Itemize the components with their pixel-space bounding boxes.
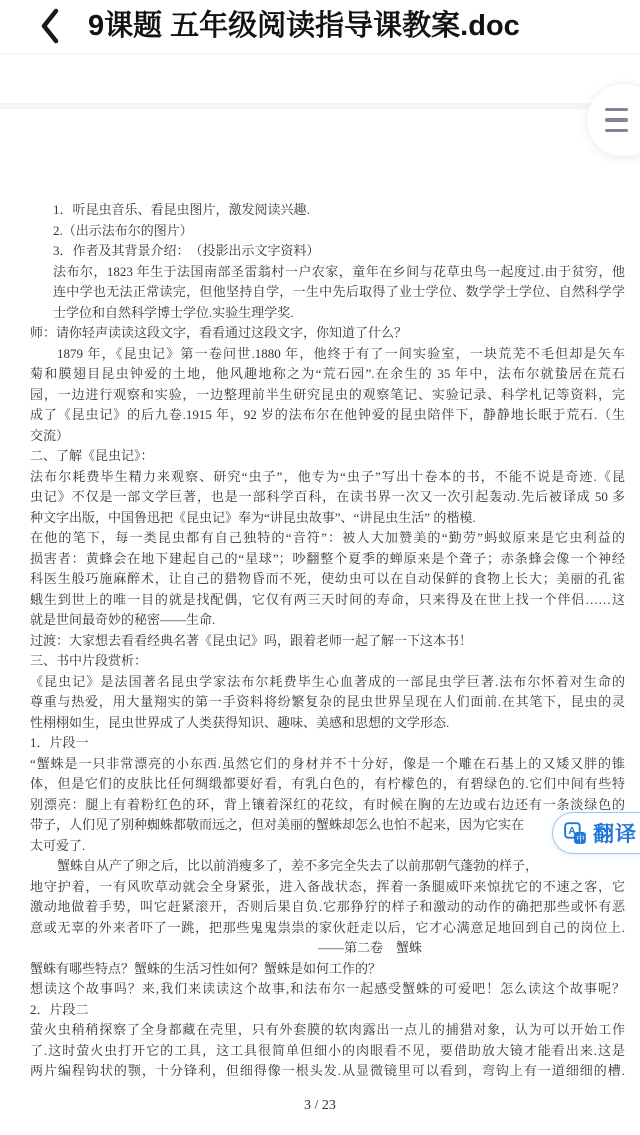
back-button[interactable] [30, 7, 70, 47]
document-line: 2.（出示法布尔的图片） [0, 221, 640, 242]
document-line: 1879 年，《昆虫记》第一卷问世.1880 年，他终于有了一间实验室，一块荒芜… [0, 344, 640, 365]
document-line: 萤火虫稍稍探察了全身都藏在壳里，只有外套膜的软肉露出一点儿的捕猎对象，认为可以开… [0, 1020, 640, 1041]
document-line: ——第二卷 蟹蛛 [0, 938, 640, 959]
document-line: 1．片段一 [0, 733, 640, 754]
page-indicator: 3 / 23 [0, 1098, 640, 1114]
document-line: 蟹蛛自从产了卵之后，比以前消瘦多了，差不多完全失去了以前那朝气蓬勃的样子， [0, 856, 640, 877]
document-line: 就是世间最奇妙的秘密——生命. [0, 610, 640, 631]
document-line: 法布尔耗费毕生精力来观察、研究“虫子”，他专为“虫子”写出十卷本的书，不能不说是… [0, 467, 640, 488]
document-line: 3．作者及其背景介绍： （投影出示文字资料） [0, 241, 640, 262]
hamburger-menu-icon [605, 118, 628, 121]
translate-button[interactable]: A 中 翻译 [552, 812, 640, 854]
svg-text:中: 中 [576, 832, 585, 843]
document-line: 虫记》不仅是一部文学巨著，也是一部科学百科，在读书界一次又一次引起轰动.先后被译… [0, 487, 640, 508]
document-line: 激动地做着手势，叫它赶紧滚开，否则后果自负.它那狰狞的样子和激动的动作的确把那些… [0, 897, 640, 918]
hamburger-menu-icon [605, 129, 628, 132]
document-line: 科医生般巧施麻醉术，让自己的猎物昏而不死，使幼虫可以在自动保鲜的食物上长大；美丽… [0, 569, 640, 590]
document-line: 菊和膜翅目昆虫钟爱的土地，他风趣地称之为“荒石园”.在余生的 35 年中，法布尔… [0, 364, 640, 385]
document-text-block: 1．听昆虫音乐、看昆虫图片，激发阅读兴趣.2.（出示法布尔的图片）3．作者及其背… [0, 200, 640, 1082]
document-line: 师：请你轻声读读这段文字，看看通过这段文字，你知道了什么？ [0, 323, 640, 344]
document-line: 成了《昆虫记》的后九卷.1915 年，92 岁的法布尔在他钟爱的昆虫陪伴下，静静… [0, 405, 640, 426]
hamburger-menu-icon [605, 108, 628, 111]
document-line: 蛾生到世上的唯一目的就是找配偶，它仅有两三天时间的寿命，只来得及在世上找一个伴侣… [0, 590, 640, 611]
document-line: 两片编程钩状的颚，十分锋利，但细得像一根头发.从显微镜里可以看到，弯钩上有一道细… [0, 1061, 640, 1082]
document-line: 交流） [0, 426, 640, 447]
document-line: 意或无辜的外来者吓了一跳，把那些鬼鬼祟祟的家伙赶走以后，它才心满意足地回到自己的… [0, 918, 640, 939]
document-line: 法布尔，1823 年生于法国南部圣雷翁村一户农家，童年在乡间与花草虫鸟一起度过.… [0, 262, 640, 283]
document-line: 士学位和自然科学博士学位.实验生理学奖. [0, 303, 640, 324]
document-title: 9课题 五年级阅读指导课教案.doc [88, 5, 628, 47]
title-bar: 9课题 五年级阅读指导课教案.doc [0, 0, 640, 54]
document-line: 别漂亮：腿上有着粉红色的环，背上镶着深红的花纹，有时候在胸的左边或右边还有一条淡… [0, 795, 640, 816]
document-line: “蟹蛛是一只非常漂亮的小东西.虽然它们的身材并不十分好，像是一个雕在石基上的又矮… [0, 754, 640, 775]
document-line: 三、书中片段赏析： [0, 651, 640, 672]
document-line: 体，但是它们的皮肤比任何绸缎都要好看，有乳白色的，有柠檬色的，有碧绿色的.它们中… [0, 774, 640, 795]
document-line: 种文字出版，中国鲁迅把《昆虫记》奉为“讲昆虫故事”、“讲昆虫生活” 的楷模. [0, 508, 640, 529]
content-divider [0, 103, 640, 109]
translate-label: 翻译 [593, 818, 637, 848]
document-line: 太可爱了. [0, 836, 640, 857]
document-line: 《昆虫记》是法国著名昆虫学家法布尔耗费毕生心血著成的一部昆虫学巨著.法布尔怀着对… [0, 672, 640, 693]
document-line: 蟹蛛有哪些特点？蟹蛛的生活习性如何？蟹蛛是如何工作的？ [0, 959, 640, 980]
chevron-left-icon [39, 33, 61, 48]
document-line: 连中学也无法正常读完，但他坚持自学，一生中先后取得了业士学位、数学学士学位、自然… [0, 282, 640, 303]
document-line: 1．听昆虫音乐、看昆虫图片，激发阅读兴趣. [0, 200, 640, 221]
document-line: 损害者：黄蜂会在地下建起自己的“星球”；吵翻整个夏季的蝉原来是个聋子；赤条蜂会像… [0, 549, 640, 570]
document-line: 过渡：大家想去看看经典名著《昆虫记》吗，跟着老师一起了解一下这本书！ [0, 631, 640, 652]
document-line: 性栩栩如生，昆虫世界成了人类获得知识、趣味、美感和思想的文学形态. [0, 713, 640, 734]
document-page[interactable]: 1．听昆虫音乐、看昆虫图片，激发阅读兴趣.2.（出示法布尔的图片）3．作者及其背… [0, 110, 640, 1135]
document-line: 地守护着，一有风吹草动就会全身紧张，进入备战状态，挥着一条腿威吓来惊扰它的不速之… [0, 877, 640, 898]
document-line: 2．片段二 [0, 1000, 640, 1021]
translate-icon: A 中 [564, 822, 587, 845]
document-line: 了.这时萤火虫打开它的工具，这工具很简单但细小的肉眼看不见，要借助放大镜才能看出… [0, 1041, 640, 1062]
document-line: 在他的笔下，每一类昆虫都有自己独特的“音符”：被人大加赞美的“勤劳”蚂蚁原来是它… [0, 528, 640, 549]
document-line: 园，一边进行观察和实验，一边整理前半生研究昆虫的观察笔记、实验记录、科学札记等资… [0, 385, 640, 406]
document-line: 尊重与热爱，用大量翔实的第一手资料将纷繁复杂的昆虫世界呈现在人们面前.在其笔下，… [0, 692, 640, 713]
document-line: 想读这个故事吗？来,我们来读读这个故事,和法布尔一起感受蟹蛛的可爱吧！怎么读这个… [0, 979, 640, 1000]
document-line: 二、了解《昆虫记》： [0, 446, 640, 467]
document-line: 带子，人们见了别种蜘蛛都敬而远之，但对美丽的蟹蛛却怎么也怕不起来，因为它实在 [0, 815, 640, 836]
